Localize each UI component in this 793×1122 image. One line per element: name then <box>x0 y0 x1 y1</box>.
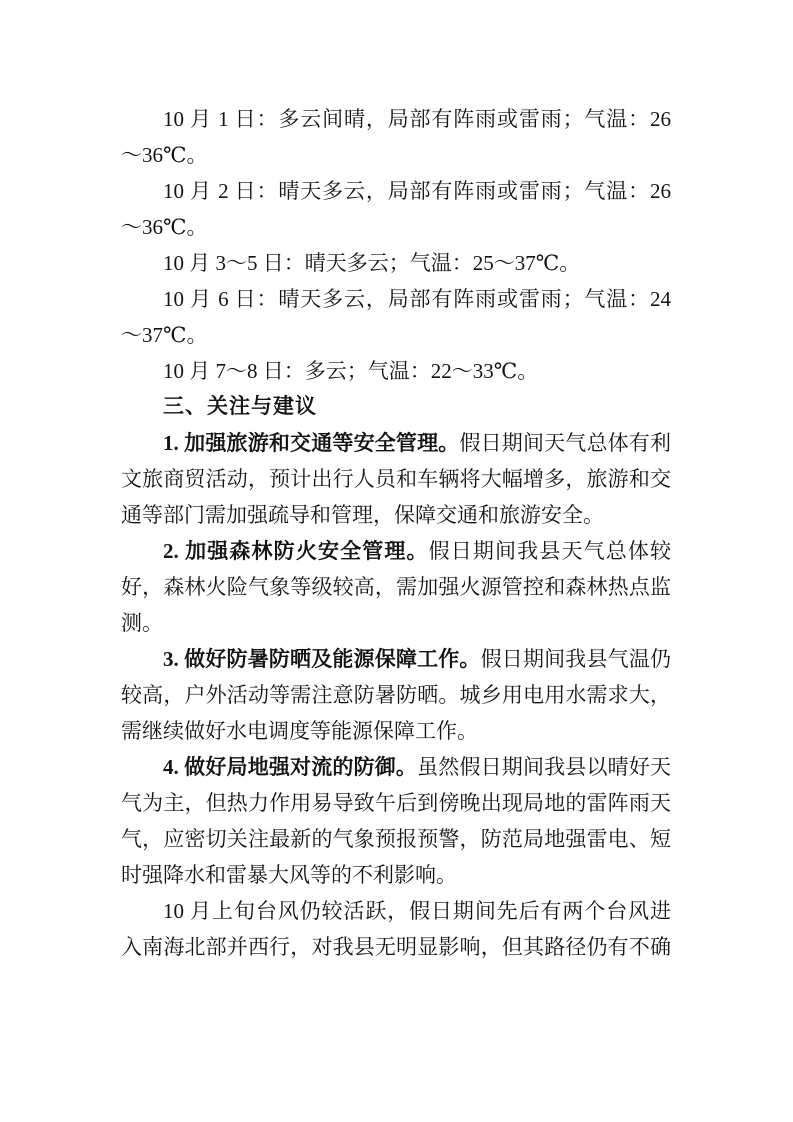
suggestion-4-lead: 4. 做好局地强对流的防御。 <box>163 755 417 779</box>
suggestion-paragraph-3: 3. 做好防暑防晒及能源保障工作。假日期间我县气温仍较高，户外活动等需注意防暑防… <box>121 641 671 749</box>
forecast-line-oct6: 10 月 6 日：晴天多云，局部有阵雨或雷雨；气温：24～37℃。 <box>121 281 671 353</box>
forecast-line-oct3-5: 10 月 3～5 日：晴天多云；气温：25～37℃。 <box>121 245 671 281</box>
suggestion-3-lead: 3. 做好防暑防晒及能源保障工作。 <box>163 647 481 671</box>
document-content: 10 月 1 日：多云间晴，局部有阵雨或雷雨；气温：26～36℃。 10 月 2… <box>121 101 671 965</box>
typhoon-paragraph: 10 月上旬台风仍较活跃，假日期间先后有两个台风进入南海北部并西行，对我县无明显… <box>121 893 671 965</box>
suggestion-paragraph-4: 4. 做好局地强对流的防御。虽然假日期间我县以晴好天气为主，但热力作用易导致午后… <box>121 749 671 893</box>
suggestion-1-lead: 1. 加强旅游和交通等安全管理。 <box>163 431 459 455</box>
suggestion-paragraph-1: 1. 加强旅游和交通等安全管理。假日期间天气总体有利文旅商贸活动，预计出行人员和… <box>121 425 671 533</box>
forecast-line-oct7-8: 10 月 7～8 日：多云；气温：22～33℃。 <box>121 353 671 389</box>
document-page: 10 月 1 日：多云间晴，局部有阵雨或雷雨；气温：26～36℃。 10 月 2… <box>0 0 793 1122</box>
forecast-line-oct2: 10 月 2 日：晴天多云，局部有阵雨或雷雨；气温：26～36℃。 <box>121 173 671 245</box>
section-heading: 三、关注与建议 <box>121 389 671 425</box>
forecast-line-oct1: 10 月 1 日：多云间晴，局部有阵雨或雷雨；气温：26～36℃。 <box>121 101 671 173</box>
suggestion-paragraph-2: 2. 加强森林防火安全管理。假日期间我县天气总体较好，森林火险气象等级较高，需加… <box>121 533 671 641</box>
suggestion-2-lead: 2. 加强森林防火安全管理。 <box>163 539 429 563</box>
